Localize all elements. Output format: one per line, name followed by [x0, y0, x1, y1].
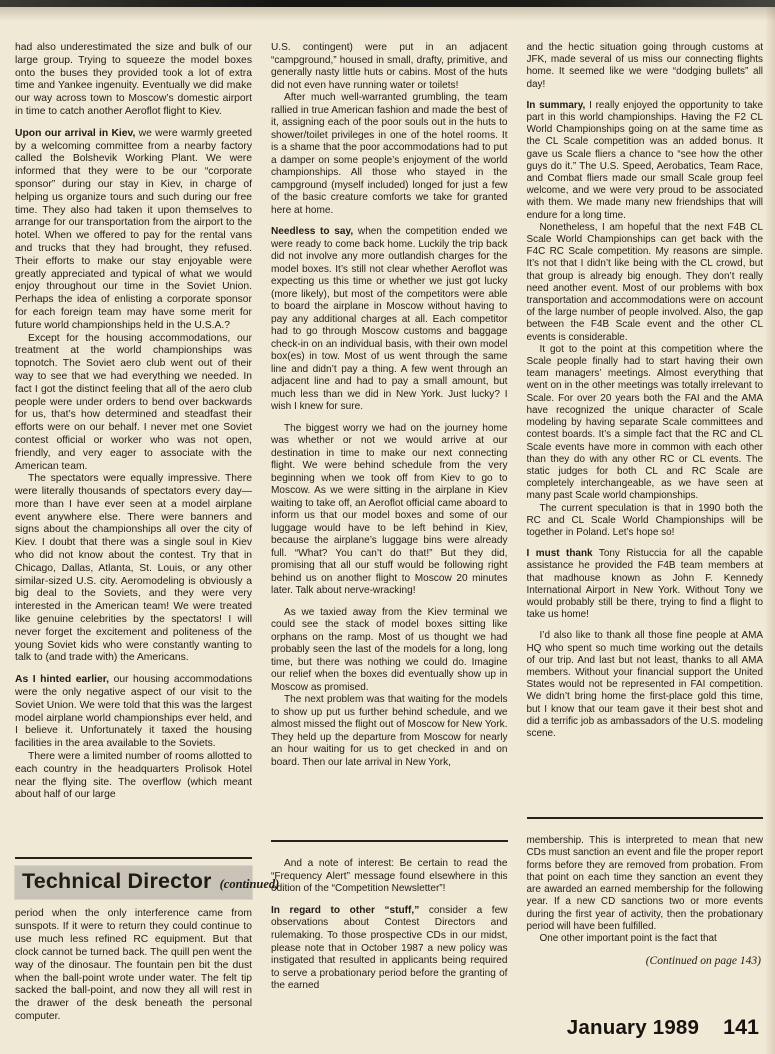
paragraph: The spectators were equally impressive. …: [15, 473, 252, 665]
paragraph: In regard to other “stuff,” consider a f…: [271, 905, 508, 993]
paragraph-lead: Needless to say,: [271, 226, 353, 237]
page-content: had also underestimated the size and bul…: [0, 0, 775, 1054]
technical-director-column-2: And a note of interest: Be certain to re…: [271, 858, 508, 993]
paragraph: As we taxied away from the Kiev terminal…: [271, 607, 508, 695]
paragraph: The current speculation is that in 1990 …: [527, 503, 764, 540]
paragraph: In summary, I really enjoyed the opportu…: [527, 100, 764, 222]
paragraph: After much well-warranted grumbling, the…: [271, 92, 508, 217]
paragraph-lead: In summary,: [527, 100, 586, 111]
column-2: U.S. contingent) were put in an adjacent…: [271, 42, 508, 1048]
paragraph: Upon our arrival in Kiev, we were warmly…: [15, 128, 252, 333]
page-scan-edge: [765, 0, 775, 1054]
paragraph: It got to the point at this competition …: [527, 344, 764, 503]
paragraph: U.S. contingent) were put in an adjacent…: [271, 42, 508, 92]
paragraph-lead: I must thank: [527, 548, 593, 559]
magazine-page: had also underestimated the size and bul…: [0, 0, 775, 1054]
paragraph: As I hinted earlier, our housing accommo…: [15, 674, 252, 751]
paragraph: had also underestimated the size and bul…: [15, 42, 252, 119]
page-footer: January 1989 141: [527, 1015, 764, 1048]
paragraph: Needless to say, when the competition en…: [271, 226, 508, 414]
issue-date: January 1989: [567, 1016, 699, 1040]
page-number: 141: [723, 1015, 759, 1040]
section-divider-2: [271, 840, 508, 842]
paragraph: And a note of interest: Be certain to re…: [271, 858, 508, 896]
paragraph: Nonetheless, I am hopeful that the next …: [527, 222, 764, 344]
column-1: had also underestimated the size and bul…: [15, 42, 252, 1048]
paragraph: and the hectic situation going through c…: [527, 42, 764, 91]
column-3: and the hectic situation going through c…: [527, 42, 764, 1048]
paragraph-lead: As I hinted earlier,: [15, 674, 109, 685]
paragraph: I’d also like to thank all those fine pe…: [527, 630, 764, 740]
article-column-3: and the hectic situation going through c…: [527, 42, 764, 812]
paragraph: membership. This is interpreted to mean …: [527, 835, 764, 933]
paragraph-lead: Upon our arrival in Kiev,: [15, 128, 135, 139]
paragraph-lead: In regard to other “stuff,”: [271, 905, 419, 916]
continued-note: (Continued on page 143): [527, 955, 764, 967]
paragraph: One other important point is the fact th…: [527, 933, 764, 945]
section-divider-1: [15, 857, 252, 859]
section-title: Technical Director: [22, 869, 212, 894]
article-column-1: had also underestimated the size and bul…: [15, 42, 252, 852]
paragraph: There were a limited number of rooms all…: [15, 751, 252, 802]
paragraph: The next problem was that waiting for th…: [271, 694, 508, 769]
paragraph: I must thank Tony Ristuccia for all the …: [527, 548, 764, 621]
paragraph: Except for the housing accommodations, o…: [15, 333, 252, 474]
paragraph: period when the only interference came f…: [15, 908, 252, 1024]
technical-director-column-1: period when the only interference came f…: [15, 908, 252, 1024]
paragraph: The biggest worry we had on the journey …: [271, 423, 508, 598]
section-divider-3: [527, 817, 764, 819]
technical-director-column-3: membership. This is interpreted to mean …: [527, 835, 764, 946]
technical-director-heading: Technical Director (continued): [15, 866, 252, 899]
article-column-2: U.S. contingent) were put in an adjacent…: [271, 42, 508, 835]
